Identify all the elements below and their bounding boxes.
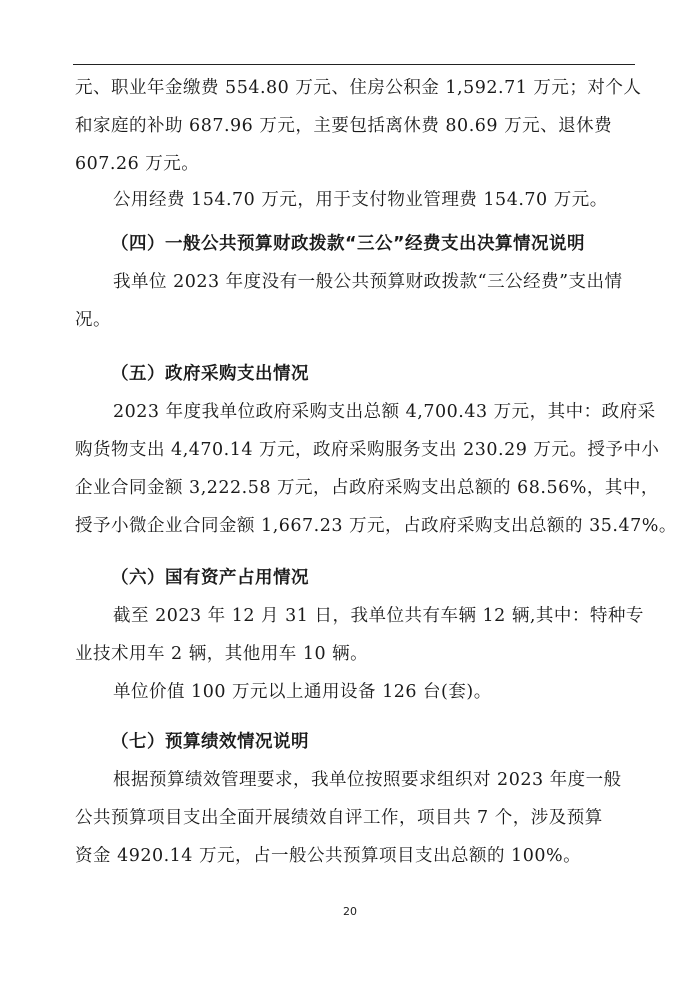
paragraph-line: 公用经费 154.70 万元，用于支付物业管理费 154.70 万元。 <box>113 188 608 212</box>
section-heading-7: （七）预算绩效情况说明 <box>111 730 309 754</box>
section-heading-4: （四）一般公共预算财政拨款“三公”经费支出决算情况说明 <box>111 232 585 256</box>
document-page: 元、职业年金缴费 554.80 万元、住房公积金 1,592.71 万元；对个人… <box>0 0 700 990</box>
paragraph-line: 公共预算项目支出全面开展绩效自评工作，项目共 7 个，涉及预算 <box>75 806 603 830</box>
section-heading-6: （六）国有资产占用情况 <box>111 566 309 590</box>
paragraph-line: 2023 年度我单位政府采购支出总额 4,700.43 万元，其中：政府采 <box>113 400 656 424</box>
paragraph-line: 根据预算绩效管理要求，我单位按照要求组织对 2023 年度一般 <box>113 768 622 792</box>
section-heading-5: （五）政府采购支出情况 <box>111 362 309 386</box>
paragraph-line: 况。 <box>75 308 111 332</box>
paragraph-line: 授予小微企业合同金额 1,667.23 万元，占政府采购支出总额的 35.47%… <box>75 514 677 538</box>
paragraph-line: 业技术用车 2 辆，其他用车 10 辆。 <box>75 642 368 666</box>
paragraph-line: 购货物支出 4,470.14 万元，政府采购服务支出 230.29 万元。授予中… <box>75 438 659 462</box>
paragraph-line: 资金 4920.14 万元，占一般公共预算项目支出总额的 100%。 <box>75 844 581 868</box>
paragraph-line: 我单位 2023 年度没有一般公共预算财政拨款“三公经费”支出情 <box>113 270 623 294</box>
paragraph-line: 企业合同金额 3,222.58 万元，占政府采购支出总额的 68.56%，其中， <box>75 476 659 500</box>
paragraph-line: 607.26 万元。 <box>75 152 199 176</box>
paragraph-line: 单位价值 100 万元以上通用设备 126 台(套)。 <box>113 680 492 704</box>
header-rule <box>73 64 635 65</box>
paragraph-line: 和家庭的补助 687.96 万元，主要包括离休费 80.69 万元、退休费 <box>75 114 612 138</box>
paragraph-line: 元、职业年金缴费 554.80 万元、住房公积金 1,592.71 万元；对个人 <box>75 76 641 100</box>
paragraph-line: 截至 2023 年 12 月 31 日，我单位共有车辆 12 辆,其中：特种专 <box>113 604 644 628</box>
page-number: 20 <box>0 905 700 918</box>
